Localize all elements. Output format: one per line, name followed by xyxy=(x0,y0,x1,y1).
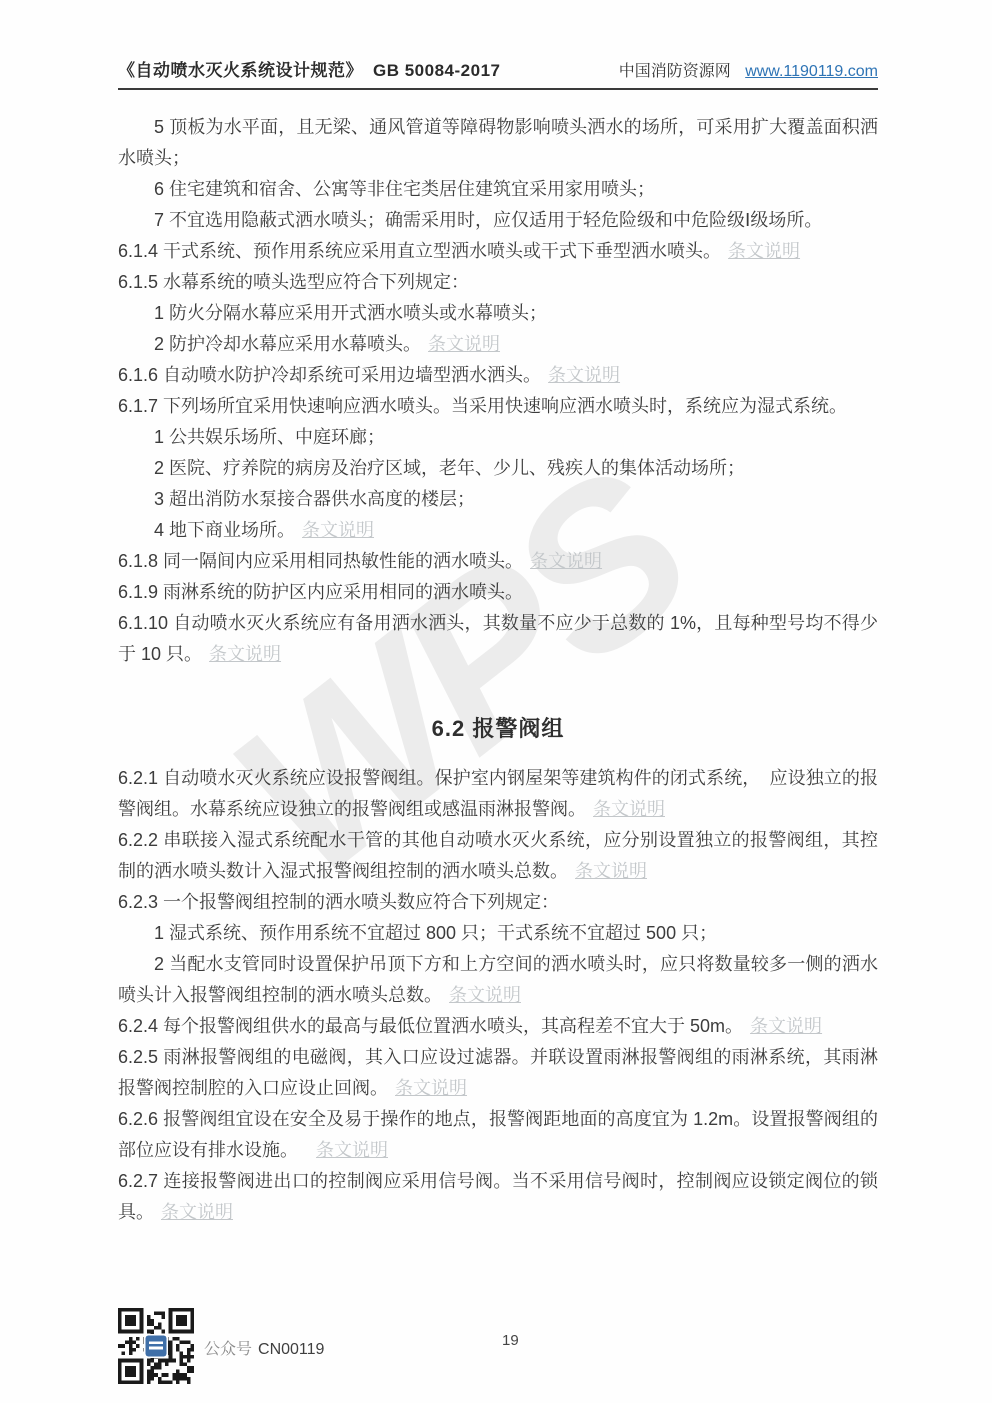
clause-text: 6.1.8 同一隔间内应采用相同热敏性能的洒水喷头。 xyxy=(118,551,523,571)
clause-text: 7 不宜选用隐蔽式洒水喷头；确需采用时，应仅适用于轻危险级和中危险级Ⅰ级场所。 xyxy=(154,210,822,230)
clause-paragraph: 6.1.5 水幕系统的喷头选型应符合下列规定： xyxy=(118,267,878,298)
clause-explanation-link[interactable]: 条文说明 xyxy=(209,644,281,664)
clause-paragraph: 6.1.4 干式系统、预作用系统应采用直立型洒水喷头或干式下垂型洒水喷头。条文说… xyxy=(118,236,878,267)
page-number: 19 xyxy=(502,1332,519,1349)
clause-paragraph: 4 地下商业场所。条文说明 xyxy=(118,515,878,546)
clause-explanation-link[interactable]: 条文说明 xyxy=(449,985,521,1005)
clause-text: 6.2.4 每个报警阀组供水的最高与最低位置洒水喷头，其高程差不宜大于 50m。 xyxy=(118,1016,743,1036)
clause-paragraph: 6.1.7 下列场所宜采用快速响应洒水喷头。当采用快速响应洒水喷头时，系统应为湿… xyxy=(118,391,878,422)
clause-paragraph: 6.1.6 自动喷水防护冷却系统可采用边墙型洒水洒头。条文说明 xyxy=(118,360,878,391)
header-left: 《自动喷水灭火系统设计规范》GB 50084-2017 xyxy=(118,56,500,81)
clause-paragraph: 6.2.4 每个报警阀组供水的最高与最低位置洒水喷头，其高程差不宜大于 50m。… xyxy=(118,1011,878,1042)
clause-paragraph: 6.2.7 连接报警阀进出口的控制阀应采用信号阀。当不采用信号阀时，控制阀应设锁… xyxy=(118,1166,878,1228)
clause-paragraph: 1 防火分隔水幕应采用开式洒水喷头或水幕喷头； xyxy=(118,298,878,329)
clause-paragraph: 2 防护冷却水幕应采用水幕喷头。条文说明 xyxy=(118,329,878,360)
clause-text: 6.2.6 报警阀组宜设在安全及易于操作的地点，报警阀距地面的高度宜为 1.2m… xyxy=(118,1109,878,1160)
clause-text: 6.2.3 一个报警阀组控制的洒水喷头数应符合下列规定： xyxy=(118,892,559,912)
page-header: 《自动喷水灭火系统设计规范》GB 50084-2017 中国消防资源网 www.… xyxy=(118,56,878,90)
clause-text: 6.1.9 雨淋系统的防护区内应采用相同的洒水喷头。 xyxy=(118,582,523,602)
clause-paragraph: 1 公共娱乐场所、中庭环廊； xyxy=(118,422,878,453)
clause-text: 6.1.5 水幕系统的喷头选型应符合下列规定： xyxy=(118,272,469,292)
clause-text: 1 防火分隔水幕应采用开式洒水喷头或水幕喷头； xyxy=(154,303,547,323)
official-account: 公众号CN00119 xyxy=(204,1336,324,1359)
clause-paragraph: 1 湿式系统、预作用系统不宜超过 800 只；干式系统不宜超过 500 只； xyxy=(118,918,878,949)
clause-text: 6.1.7 下列场所宜采用快速响应洒水喷头。当采用快速响应洒水喷头时，系统应为湿… xyxy=(118,396,847,416)
clause-explanation-link[interactable]: 条文说明 xyxy=(593,799,665,819)
page-footer: 公众号CN00119 19 xyxy=(0,1300,992,1400)
clause-paragraph: 6.2.3 一个报警阀组控制的洒水喷头数应符合下列规定： xyxy=(118,887,878,918)
clause-paragraph: 6.1.9 雨淋系统的防护区内应采用相同的洒水喷头。 xyxy=(118,577,878,608)
account-id: CN00119 xyxy=(258,1341,324,1358)
clause-text: 2 医院、疗养院的病房及治疗区域，老年、少儿、残疾人的集体活动场所； xyxy=(154,458,745,478)
clause-explanation-link[interactable]: 条文说明 xyxy=(575,861,647,881)
header-right: 中国消防资源网 www.1190119.com xyxy=(619,58,878,81)
clause-text: 6 住宅建筑和宿舍、公寓等非住宅类居住建筑宜采用家用喷头； xyxy=(154,179,655,199)
account-label: 公众号 xyxy=(204,1341,252,1358)
clause-paragraph: 6.1.10 自动喷水灭火系统应有备用洒水洒头，其数量不应少于总数的 1%，且每… xyxy=(118,608,878,670)
clause-paragraph: 5 顶板为水平面，且无梁、通风管道等障碍物影响喷头洒水的场所，可采用扩大覆盖面积… xyxy=(118,112,878,174)
clause-text: 1 湿式系统、预作用系统不宜超过 800 只；干式系统不宜超过 500 只； xyxy=(154,923,717,943)
clause-paragraph: 6.2.5 雨淋报警阀组的电磁阀，其入口应设过滤器。并联设置雨淋报警阀组的雨淋系… xyxy=(118,1042,878,1104)
clause-text: 6.1.6 自动喷水防护冷却系统可采用边墙型洒水洒头。 xyxy=(118,365,541,385)
clause-explanation-link[interactable]: 条文说明 xyxy=(316,1140,388,1160)
clause-explanation-link[interactable]: 条文说明 xyxy=(750,1016,822,1036)
section-heading: 6.2 报警阀组 xyxy=(118,712,878,746)
document-body: 5 顶板为水平面，且无梁、通风管道等障碍物影响喷头洒水的场所，可采用扩大覆盖面积… xyxy=(118,112,878,1228)
document-code: GB 50084-2017 xyxy=(373,61,500,80)
site-url-link[interactable]: www.1190119.com xyxy=(745,63,878,80)
clause-text: 1 公共娱乐场所、中庭环廊； xyxy=(154,427,385,447)
clause-text: 6.2.1 自动喷水灭火系统应设报警阀组。保护室内钢屋架等建筑构件的闭式系统， … xyxy=(118,768,878,819)
clause-explanation-link[interactable]: 条文说明 xyxy=(395,1078,467,1098)
clause-paragraph: 2 医院、疗养院的病房及治疗区域，老年、少儿、残疾人的集体活动场所； xyxy=(118,453,878,484)
clause-explanation-link[interactable]: 条文说明 xyxy=(530,551,602,571)
clause-text: 2 防护冷却水幕应采用水幕喷头。 xyxy=(154,334,421,354)
clause-paragraph: 6.2.6 报警阀组宜设在安全及易于操作的地点，报警阀距地面的高度宜为 1.2m… xyxy=(118,1104,878,1166)
clause-explanation-link[interactable]: 条文说明 xyxy=(728,241,800,261)
document-title: 《自动喷水灭火系统设计规范》 xyxy=(118,61,363,80)
clause-paragraph: 3 超出消防水泵接合器供水高度的楼层； xyxy=(118,484,878,515)
clause-paragraph: 6.2.2 串联接入湿式系统配水干管的其他自动喷水灭火系统，应分别设置独立的报警… xyxy=(118,825,878,887)
site-name: 中国消防资源网 xyxy=(619,63,731,80)
clause-paragraph: 7 不宜选用隐蔽式洒水喷头；确需采用时，应仅适用于轻危险级和中危险级Ⅰ级场所。 xyxy=(118,205,878,236)
clause-text: 5 顶板为水平面，且无梁、通风管道等障碍物影响喷头洒水的场所，可采用扩大覆盖面积… xyxy=(118,117,878,168)
clause-paragraph: 6.1.8 同一隔间内应采用相同热敏性能的洒水喷头。条文说明 xyxy=(118,546,878,577)
clause-paragraph: 2 当配水支管同时设置保护吊顶下方和上方空间的洒水喷头时，应只将数量较多一侧的洒… xyxy=(118,949,878,1011)
document-page: WPS 《自动喷水灭火系统设计规范》GB 50084-2017 中国消防资源网 … xyxy=(0,0,992,1403)
qr-code xyxy=(118,1308,194,1384)
clause-explanation-link[interactable]: 条文说明 xyxy=(428,334,500,354)
clause-explanation-link[interactable]: 条文说明 xyxy=(302,520,374,540)
clause-explanation-link[interactable]: 条文说明 xyxy=(161,1202,233,1222)
clause-text: 6.2.5 雨淋报警阀组的电磁阀，其入口应设过滤器。并联设置雨淋报警阀组的雨淋系… xyxy=(118,1047,878,1098)
clause-text: 4 地下商业场所。 xyxy=(154,520,295,540)
clause-text: 3 超出消防水泵接合器供水高度的楼层； xyxy=(154,489,475,509)
clause-text: 6.2.2 串联接入湿式系统配水干管的其他自动喷水灭火系统，应分别设置独立的报警… xyxy=(118,830,878,881)
clause-explanation-link[interactable]: 条文说明 xyxy=(548,365,620,385)
clause-paragraph: 6 住宅建筑和宿舍、公寓等非住宅类居住建筑宜采用家用喷头； xyxy=(118,174,878,205)
clause-text: 6.1.4 干式系统、预作用系统应采用直立型洒水喷头或干式下垂型洒水喷头。 xyxy=(118,241,721,261)
clause-paragraph: 6.2.1 自动喷水灭火系统应设报警阀组。保护室内钢屋架等建筑构件的闭式系统， … xyxy=(118,763,878,825)
